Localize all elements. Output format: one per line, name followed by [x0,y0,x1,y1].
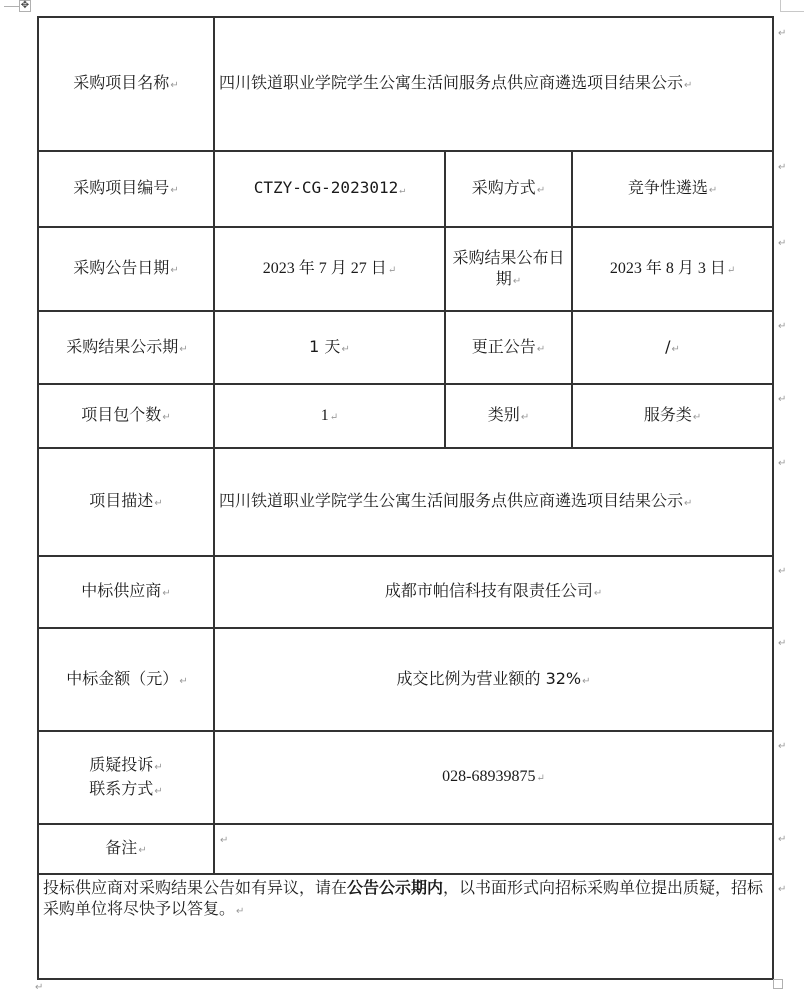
paragraph-mark-icon: ↵ [154,498,162,509]
announcement-date-value: 2023 年 7 月 27 日 [263,260,387,277]
paragraph-mark-icon: ↵ [170,265,178,276]
paragraph-mark-icon: ↵ [709,185,717,196]
value-cell[interactable]: 2023 年 8 月 3 日↵ [572,227,773,311]
label-cell: 备注↵ [38,824,214,874]
value-cell[interactable]: CTZY-CG-2023012↵ [214,151,445,227]
project-name-label: 采购项目名称 [73,73,169,92]
table-row-remarks: 备注↵ ↵ [38,824,773,874]
winning-supplier-value: 成都市帕信科技有限责任公司 [385,581,593,600]
label-cell: 中标金额（元）↵ [38,628,214,731]
table-row-project-description: 项目描述↵ 四川铁道职业学院学生公寓生活间服务点供应商遴选项目结果公示↵ [38,448,773,556]
value-cell[interactable]: 028-68939875↵ [214,731,773,824]
complaint-contact-label-line1: 质疑投诉 [89,755,153,774]
project-number-value: CTZY-CG-2023012 [254,178,399,197]
table-row-notice: 投标供应商对采购结果公告如有异议，请在公告公示期内，以书面形式向招标采购单位提出… [38,874,773,979]
label-cell: 采购项目名称↵ [38,17,214,151]
label-cell: 类别↵ [445,384,572,448]
paragraph-mark-icon: ↵ [388,265,396,276]
value-cell[interactable]: 四川铁道职业学院学生公寓生活间服务点供应商遴选项目结果公示↵ [214,17,773,151]
paragraph-mark-icon: ↵ [162,412,170,423]
correction-notice-label: 更正公告 [472,337,536,356]
paragraph-mark-icon: ↵ [672,344,680,355]
row-end-mark-icon: ↵ [778,321,786,332]
publicity-period-label: 采购结果公示期 [66,337,178,356]
paragraph-mark-icon: ↵ [536,773,544,784]
package-count-label: 项目包个数 [81,405,161,424]
label-cell: 采购结果公示期↵ [38,311,214,384]
project-name-value: 四川铁道职业学院学生公寓生活间服务点供应商遴选项目结果公示 [219,73,683,92]
procurement-result-table: 采购项目名称↵ 四川铁道职业学院学生公寓生活间服务点供应商遴选项目结果公示↵ 采… [37,16,774,980]
procurement-method-value: 竞争性遴选 [628,178,708,197]
table-resize-handle[interactable] [773,979,783,989]
package-count-value: 1 [321,407,329,424]
result-publish-date-value: 2023 年 8 月 3 日 [610,260,726,277]
correction-notice-value: / [665,337,670,356]
project-number-label: 采购项目编号 [73,178,169,197]
paragraph-mark-icon: ↵ [513,276,521,287]
paragraph-mark-icon: ↵ [594,588,602,599]
label-cell: 质疑投诉↵ 联系方式↵ [38,731,214,824]
table-row-winning-supplier: 中标供应商↵ 成都市帕信科技有限责任公司↵ [38,556,773,628]
paragraph-mark-icon: ↵ [684,80,692,91]
paragraph-mark-icon: ↵ [693,412,701,423]
table-row-publicity-period: 采购结果公示期↵ 1 天↵ 更正公告↵ /↵ [38,311,773,384]
procurement-method-label: 采购方式 [472,178,536,197]
winning-supplier-label: 中标供应商 [81,581,161,600]
row-end-mark-icon: ↵ [778,162,786,173]
row-end-mark-icon: ↵ [778,884,786,895]
row-end-mark-icon: ↵ [778,834,786,845]
table-move-guide-line [4,6,19,7]
table-move-handle-icon[interactable]: ✥ [19,0,31,12]
value-cell[interactable]: 2023 年 7 月 27 日↵ [214,227,445,311]
value-cell[interactable]: 1↵ [214,384,445,448]
value-cell[interactable]: 竞争性遴选↵ [572,151,773,227]
label-cell: 更正公告↵ [445,311,572,384]
paragraph-mark-icon: ↵ [236,906,244,917]
page-corner-mark [780,0,804,12]
complaint-contact-value: 028-68939875 [442,768,535,785]
value-cell[interactable]: 服务类↵ [572,384,773,448]
paragraph-mark-icon: ↵ [154,786,162,797]
paragraph-mark-icon: ↵ [138,845,146,856]
table-row-project-name: 采购项目名称↵ 四川铁道职业学院学生公寓生活间服务点供应商遴选项目结果公示↵ [38,17,773,151]
paragraph-mark-icon: ↵ [162,588,170,599]
winning-amount-label: 中标金额（元） [66,669,178,688]
winning-amount-value: 成交比例为营业额的 32% [396,669,581,688]
remarks-label: 备注 [105,838,137,857]
result-publish-date-label: 采购结果公布日期 [452,248,564,288]
row-end-mark-icon: ↵ [778,28,786,39]
table-row-complaint-contact: 质疑投诉↵ 联系方式↵ 028-68939875↵ [38,731,773,824]
project-description-value: 四川铁道职业学院学生公寓生活间服务点供应商遴选项目结果公示 [219,491,683,510]
paragraph-mark-icon: ↵ [341,344,349,355]
row-end-mark-icon: ↵ [778,238,786,249]
row-end-mark-icon: ↵ [778,566,786,577]
table-row-announcement-date: 采购公告日期↵ 2023 年 7 月 27 日↵ 采购结果公布日期↵ 2023 … [38,227,773,311]
publicity-period-value: 1 天 [309,337,340,356]
row-end-mark-icon: ↵ [778,394,786,405]
paragraph-mark-icon: ↵ [582,676,590,687]
label-cell: 采购项目编号↵ [38,151,214,227]
notice-text-bold: 公告公示期内 [347,878,443,897]
value-cell[interactable]: 成交比例为营业额的 32%↵ [214,628,773,731]
complaint-contact-label-line2: 联系方式 [89,779,153,798]
paragraph-mark-icon: ↵ [537,344,545,355]
row-end-mark-icon: ↵ [778,638,786,649]
label-cell: 采购结果公布日期↵ [445,227,572,311]
label-cell: 项目描述↵ [38,448,214,556]
category-value: 服务类 [644,405,692,424]
value-cell[interactable]: 四川铁道职业学院学生公寓生活间服务点供应商遴选项目结果公示↵ [214,448,773,556]
paragraph-mark-icon: ↵ [154,762,162,773]
paragraph-mark-icon: ↵ [220,835,228,846]
label-cell: 中标供应商↵ [38,556,214,628]
value-cell[interactable]: 成都市帕信科技有限责任公司↵ [214,556,773,628]
paragraph-mark-icon: ↵ [399,185,405,196]
paragraph-mark-icon: ↵ [35,982,43,993]
project-description-label: 项目描述 [89,491,153,510]
paragraph-mark-icon: ↵ [727,265,735,276]
paragraph-mark-icon: ↵ [537,185,545,196]
remarks-value-cell[interactable]: ↵ [214,824,773,874]
paragraph-mark-icon: ↵ [179,676,187,687]
paragraph-mark-icon: ↵ [170,80,178,91]
value-cell[interactable]: /↵ [572,311,773,384]
label-cell: 采购公告日期↵ [38,227,214,311]
label-cell: 项目包个数↵ [38,384,214,448]
table-row-package-count: 项目包个数↵ 1↵ 类别↵ 服务类↵ [38,384,773,448]
paragraph-mark-icon: ↵ [684,498,692,509]
row-end-mark-icon: ↵ [778,458,786,469]
paragraph-mark-icon: ↵ [179,344,187,355]
value-cell[interactable]: 1 天↵ [214,311,445,384]
label-cell: 采购方式↵ [445,151,572,227]
table-row-winning-amount: 中标金额（元）↵ 成交比例为营业额的 32%↵ [38,628,773,731]
notice-text-part1: 投标供应商对采购结果公告如有异议，请在 [43,878,347,897]
paragraph-mark-icon: ↵ [330,412,338,423]
row-end-mark-icon: ↵ [778,741,786,752]
paragraph-mark-icon: ↵ [170,185,178,196]
notice-cell[interactable]: 投标供应商对采购结果公告如有异议，请在公告公示期内，以书面形式向招标采购单位提出… [38,874,773,979]
table-row-project-number: 采购项目编号↵ CTZY-CG-2023012↵ 采购方式↵ 竞争性遴选↵ [38,151,773,227]
category-label: 类别 [488,405,520,424]
paragraph-mark-icon: ↵ [521,412,529,423]
announcement-date-label: 采购公告日期 [73,258,169,277]
